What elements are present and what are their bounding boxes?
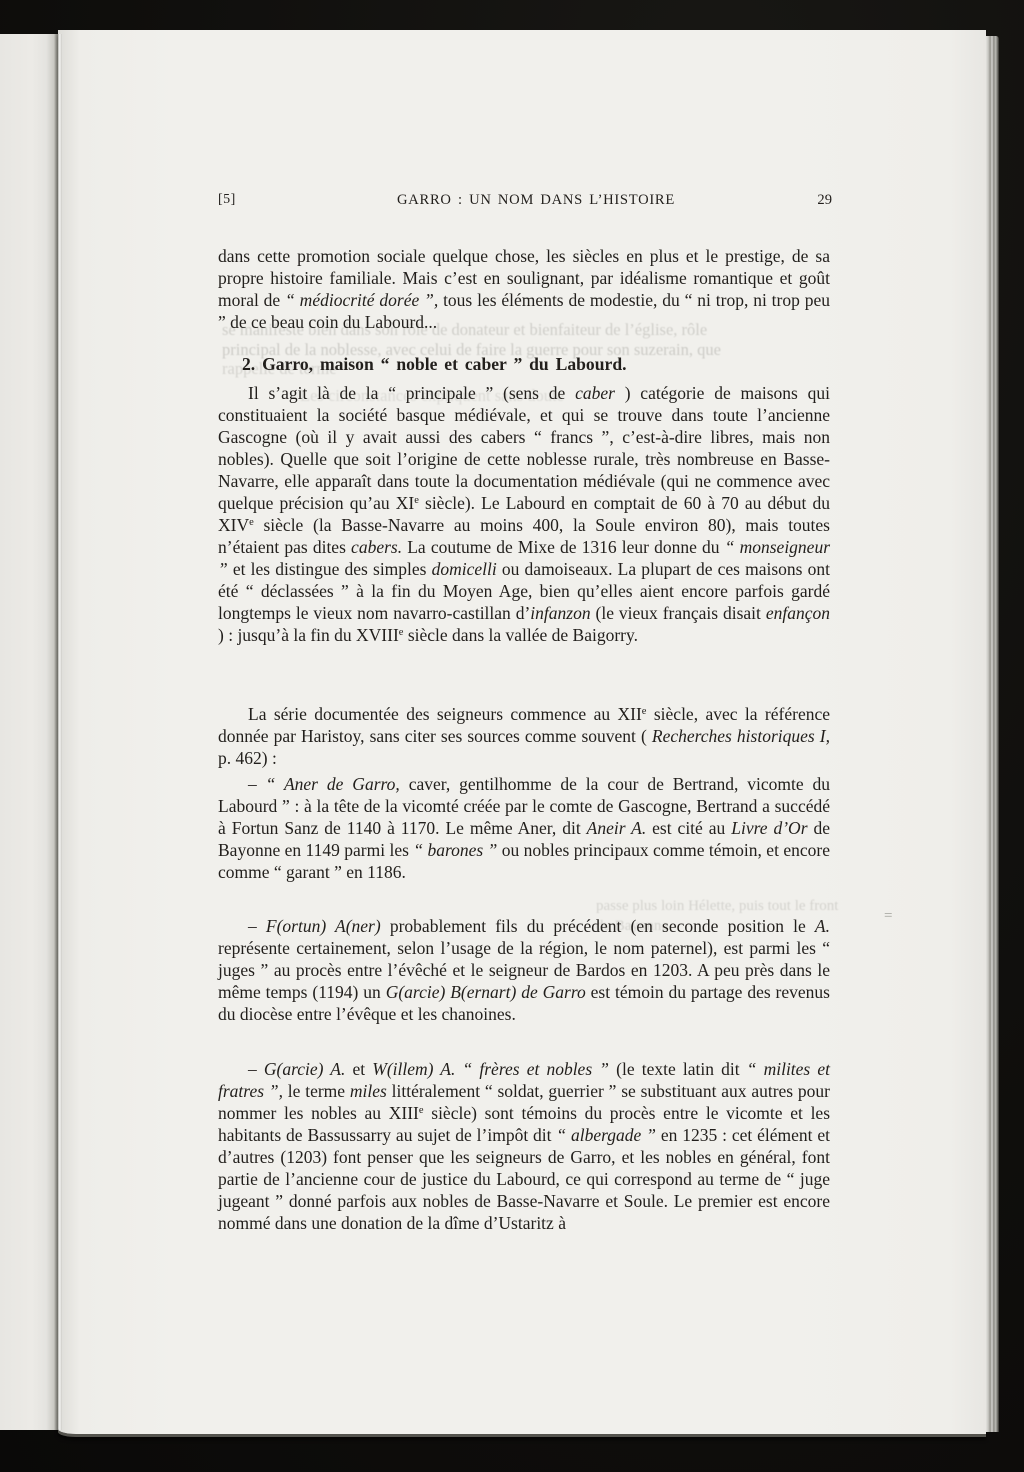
facing-page-edge — [0, 34, 58, 1430]
header-page-number: 29 — [218, 192, 832, 209]
section-heading: 2. Garro, maison “ noble et caber ” du L… — [218, 353, 830, 375]
paragraph: dans cette promotion sociale quelque cho… — [218, 245, 830, 333]
paragraph: Il s’agit là de la “ principale ” (sens … — [218, 382, 830, 646]
running-header: [5] GARRO : UN NOM DANS L’HISTOIRE 29 — [0, 192, 1024, 212]
paragraph: La série documentée des seigneurs commen… — [218, 703, 830, 769]
paragraph: – F(ortun) A(ner) probablement fils du p… — [218, 915, 830, 1025]
page-edge-stack — [986, 36, 999, 1432]
paragraph: – “ Aner de Garro, caver, gentilhomme de… — [218, 773, 830, 883]
gutter-crease — [54, 34, 62, 1430]
paragraph: – G(arcie) A. et W(illem) A. “ frères et… — [218, 1058, 830, 1234]
margin-mark: = — [884, 908, 893, 925]
book-scan: se manifeste bien dans son rôle de donat… — [0, 0, 1024, 1472]
